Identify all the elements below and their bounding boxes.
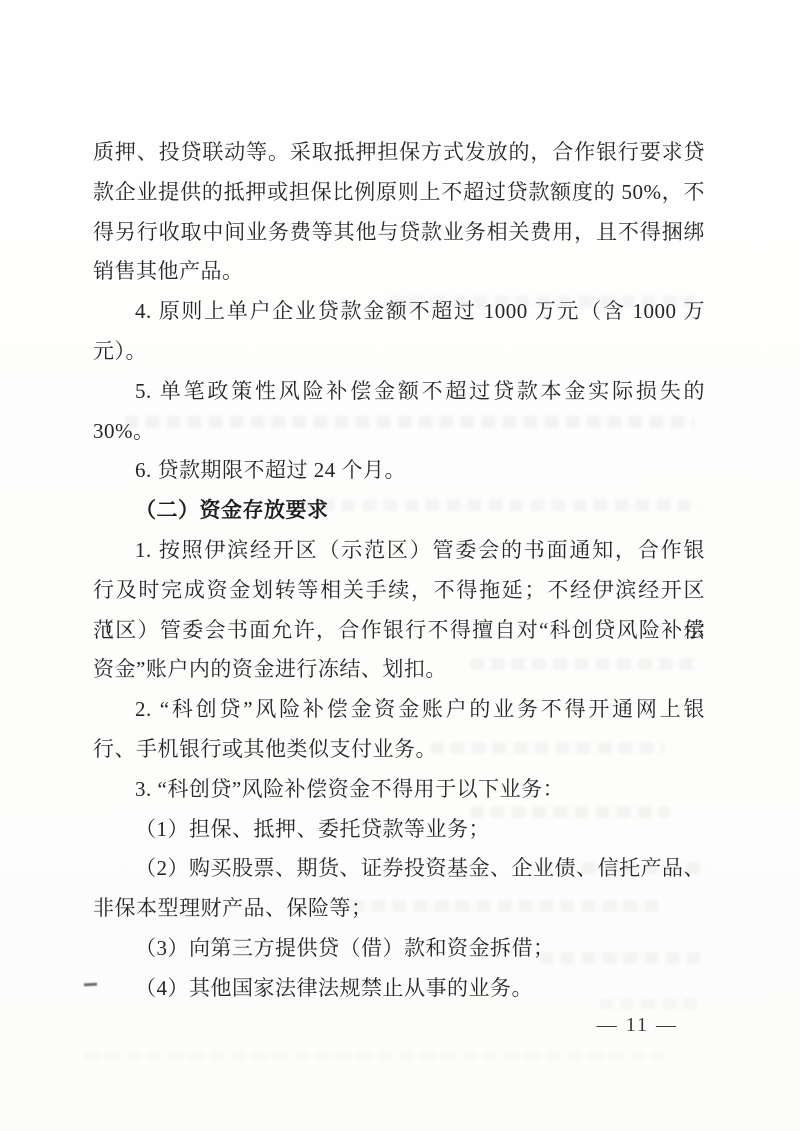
- text-line: 得另行收取中间业务费等其他与贷款业务相关费用，且不得捆绑: [93, 213, 705, 253]
- text-line: 3. “科创贷”风险补偿资金不得用于以下业务：: [93, 770, 705, 810]
- text-line: 1. 按照伊滨经开区（示范区）管委会的书面通知，合作银: [93, 531, 705, 571]
- text-line: 2. “科创贷”风险补偿金资金账户的业务不得开通网上银: [93, 690, 705, 730]
- text-line: 4. 原则上单户企业贷款金额不超过 1000 万元（含 1000 万: [93, 292, 705, 332]
- text-line: 行及时完成资金划转等相关手续，不得拖延；不经伊滨经开区（示: [93, 571, 705, 611]
- text-line: （4）其他国家法律法规禁止从事的业务。: [93, 969, 705, 1009]
- text-line: （3）向第三方提供贷（借）款和资金拆借；: [93, 929, 705, 969]
- text-line: （2）购买股票、期货、证券投资基金、企业债、信托产品、: [93, 849, 705, 889]
- text-line: 款企业提供的抵押或担保比例原则上不超过贷款额度的 50%，不: [93, 173, 705, 213]
- text-line: 5. 单笔政策性风险补偿金额不超过贷款本金实际损失的: [93, 372, 705, 412]
- document-body: 质押、投贷联动等。采取抵押担保方式发放的，合作银行要求贷款企业提供的抵押或担保比…: [93, 133, 705, 1009]
- text-line: 销售其他产品。: [93, 252, 705, 292]
- document-page: 质押、投贷联动等。采取抵押担保方式发放的，合作银行要求贷款企业提供的抵押或担保比…: [0, 0, 800, 1131]
- text-line: 30%。: [93, 412, 705, 452]
- bleedthrough-artifact: [85, 1052, 675, 1060]
- text-line: 6. 贷款期限不超过 24 个月。: [93, 451, 705, 491]
- section-heading: （二）资金存放要求: [93, 491, 705, 531]
- text-line: 元）。: [93, 332, 705, 372]
- text-line: 质押、投贷联动等。采取抵押担保方式发放的，合作银行要求贷: [93, 133, 705, 173]
- text-line: 行、手机银行或其他类似支付业务。: [93, 730, 705, 770]
- text-line: 范区）管委会书面允许，合作银行不得擅自对“科创贷风险补偿: [93, 611, 705, 651]
- text-line: 非保本型理财产品、保险等；: [93, 889, 705, 929]
- text-line: （1）担保、抵押、委托贷款等业务；: [93, 810, 705, 850]
- page-number: — 11 —: [597, 1012, 678, 1038]
- text-line: 资金”账户内的资金进行冻结、划扣。: [93, 650, 705, 690]
